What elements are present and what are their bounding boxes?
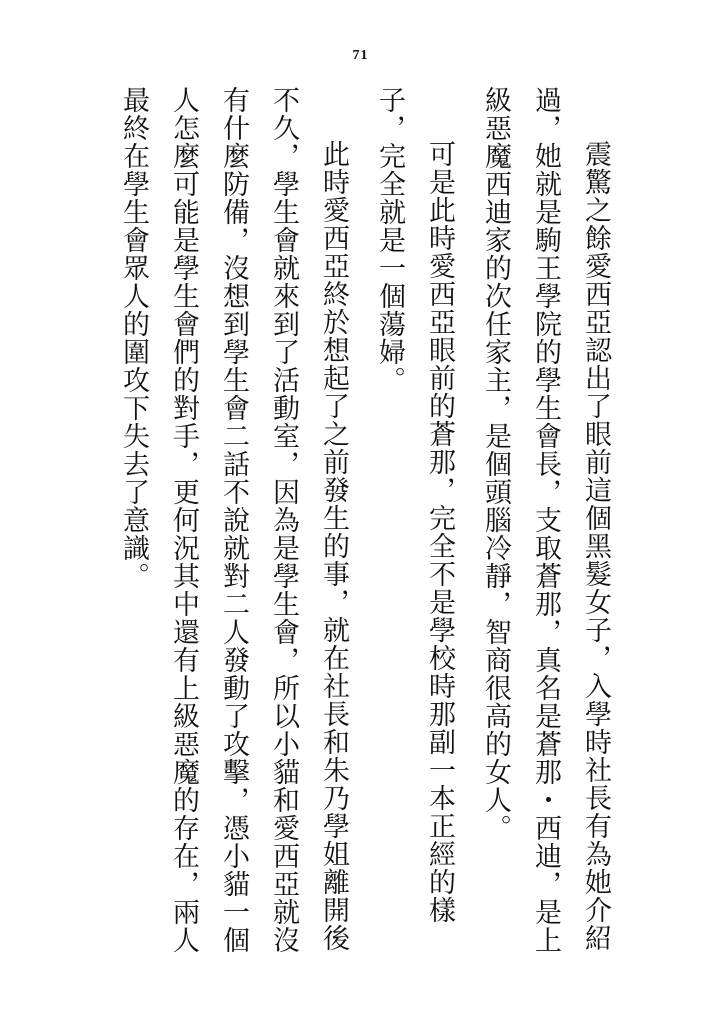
vertical-text-block: 震驚之餘愛西亞認出了眼前這個黑髮女子，入學時社長有為她介紹過，她就是駒王學院的學… — [103, 86, 621, 966]
book-page: 71 震驚之餘愛西亞認出了眼前這個黑髮女子，入學時社長有為她介紹過，她就是駒王學… — [0, 0, 721, 1020]
paragraph-1: 震驚之餘愛西亞認出了眼前這個黑髮女子，入學時社長有為她介紹過，她就是駒王學院的學… — [471, 86, 621, 966]
paragraph-2: 可是此時愛西亞眼前的蒼那，完全不是學校時那副一本正經的樣子，完全就是一個蕩婦。 — [365, 86, 465, 966]
page-number: 71 — [353, 48, 369, 64]
paragraph-3: 此時愛西亞終於想起了之前發生的事，就在社長和朱乃學姐離開後不久，學生會就來到了活… — [109, 86, 359, 966]
